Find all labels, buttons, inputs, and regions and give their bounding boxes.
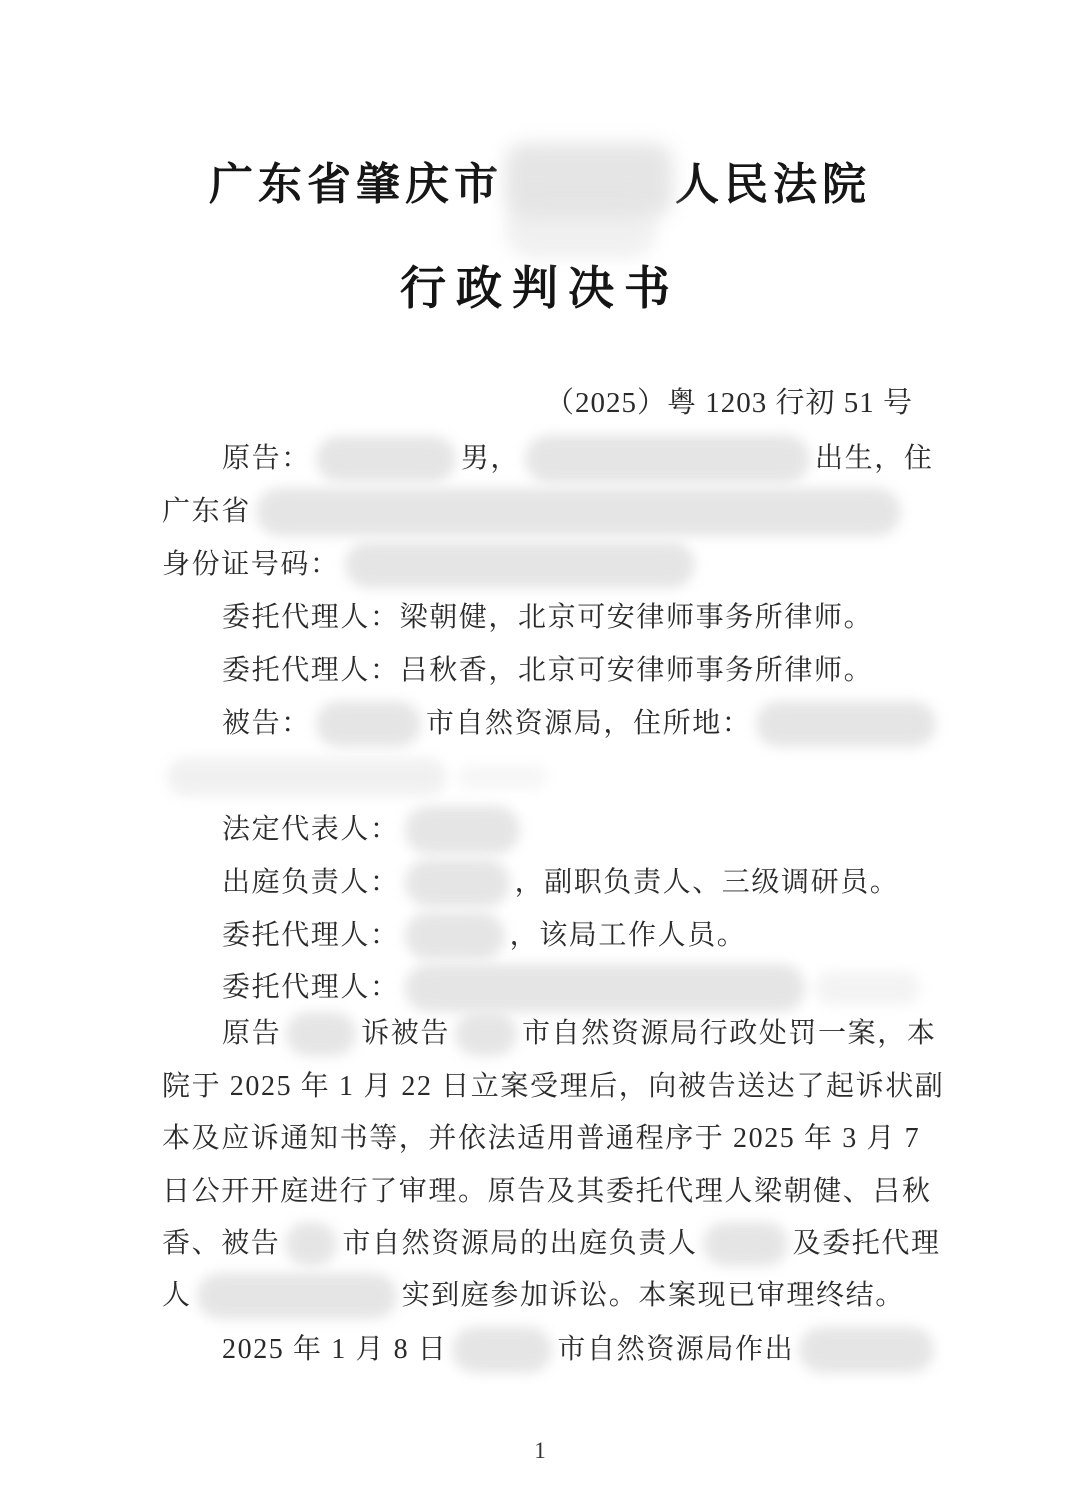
text-run: 男，	[461, 437, 520, 481]
text-run: 香、被告	[162, 1222, 280, 1266]
redaction-blur	[452, 1327, 552, 1373]
decision-date-line: 2025 年 1 月 8 日市自然资源局作出	[162, 1326, 939, 1370]
defendant-address-redacted-line	[162, 753, 552, 797]
redaction-blur	[316, 436, 456, 482]
case-number: （2025）粤 1203 行初 51 号	[545, 380, 913, 421]
defendant-line: 被告：市自然资源局，住所地：	[162, 700, 941, 744]
redaction-blur	[285, 1222, 337, 1266]
redaction-blur	[815, 971, 920, 1005]
redaction-blur	[525, 435, 810, 483]
redaction-blur	[505, 198, 657, 258]
text-run: 市自然资源局，住所地：	[426, 702, 752, 746]
text-run: 及委托代理	[793, 1222, 941, 1266]
text-run: 广东省	[162, 490, 251, 534]
redaction-blur	[405, 912, 505, 960]
redaction-blur	[197, 1273, 397, 1319]
redaction-blur	[345, 542, 695, 588]
text-run: 委托代理人：	[222, 966, 400, 1010]
plaintiff-line: 原告：男，出生，住	[162, 435, 933, 479]
text-run: 委托代理人：	[222, 914, 400, 958]
text-run: 2025 年 1 月 8 日	[222, 1328, 447, 1372]
defendant-agent-2-line: 委托代理人：	[162, 964, 925, 1008]
redaction-blur	[703, 1222, 788, 1266]
case-summary-line-6: 人实到庭参加诉讼。本案现已审理终结。	[162, 1272, 905, 1316]
case-summary-line-2: 院于 2025 年 1 月 22 日立案受理后，向被告送达了起诉状副	[162, 1063, 944, 1107]
text-run: 人	[162, 1274, 192, 1318]
text-run: 原告	[222, 1012, 281, 1056]
text-run: 身份证号码：	[162, 543, 340, 587]
plaintiff-id-line: 身份证号码：	[162, 541, 700, 585]
text-run: 诉被告	[361, 1012, 450, 1056]
case-summary-line-1: 原告诉被告市自然资源局行政处罚一案，本	[162, 1010, 936, 1054]
redaction-blur	[405, 806, 520, 854]
redaction-blur	[405, 859, 510, 907]
text-run: 委托代理人：吕秋香，北京可安律师事务所律师。	[222, 649, 873, 693]
text-run: 市自然资源局行政处罚一案，本	[522, 1012, 936, 1056]
redaction-blur	[316, 701, 421, 747]
text-run: 院于 2025 年 1 月 22 日立案受理后，向被告送达了起诉状副	[162, 1065, 944, 1109]
court-name-suffix: 人民法院	[675, 148, 871, 212]
court-officer-line: 出庭负责人：，副职负责人、三级调研员。	[162, 859, 899, 903]
document-type-title: 行政判决书	[0, 252, 1080, 318]
text-run: 市自然资源局的出庭负责人	[342, 1222, 697, 1266]
text-run: 实到庭参加诉讼。本案现已审理终结。	[402, 1274, 905, 1318]
legal-representative-line: 法定代表人：	[162, 806, 525, 850]
case-summary-line-3: 本及应诉通知书等，并依法适用普通程序于 2025 年 3 月 7	[162, 1115, 920, 1159]
redaction-blur	[455, 1012, 517, 1056]
text-run: 市自然资源局作出	[557, 1328, 794, 1372]
case-summary-line-4: 日公开开庭进行了审理。原告及其委托代理人梁朝健、吕秋	[162, 1168, 932, 1212]
redaction-blur	[286, 1012, 356, 1056]
text-run: ，该局工作人员。	[510, 914, 747, 958]
plaintiff-address-line: 广东省	[162, 488, 906, 532]
redaction-blur	[405, 964, 805, 1012]
page-number: 1	[0, 1438, 1080, 1464]
text-run: ，副职负责人、三级调研员。	[515, 861, 900, 905]
judgment-document-page: 广东省肇庆市人民法院 行政判决书 （2025）粤 1203 行初 51 号 原告…	[0, 0, 1080, 1504]
plaintiff-agent-1-line: 委托代理人：梁朝健，北京可安律师事务所律师。	[162, 594, 873, 638]
text-run: 日公开开庭进行了审理。原告及其委托代理人梁朝健、吕秋	[162, 1170, 932, 1214]
text-run: 本及应诉通知书等，并依法适用普通程序于 2025 年 3 月 7	[162, 1117, 920, 1161]
defendant-agent-1-line: 委托代理人：，该局工作人员。	[162, 912, 746, 956]
text-run: 法定代表人：	[222, 808, 400, 852]
redaction-blur	[457, 765, 547, 789]
text-run: 原告：	[222, 437, 311, 481]
text-run: 出庭负责人：	[222, 861, 400, 905]
text-run: 被告：	[222, 702, 311, 746]
text-run: 出生，住	[815, 437, 933, 481]
text-run: 委托代理人：梁朝健，北京可安律师事务所律师。	[222, 596, 873, 640]
redaction-blur	[256, 488, 901, 536]
case-summary-line-5: 香、被告市自然资源局的出庭负责人及委托代理	[162, 1220, 941, 1264]
redaction-blur	[167, 758, 447, 796]
redaction-blur	[799, 1327, 934, 1373]
plaintiff-agent-2-line: 委托代理人：吕秋香，北京可安律师事务所律师。	[162, 647, 873, 691]
redaction-blur	[756, 701, 936, 747]
court-name-prefix: 广东省肇庆市	[209, 148, 503, 212]
